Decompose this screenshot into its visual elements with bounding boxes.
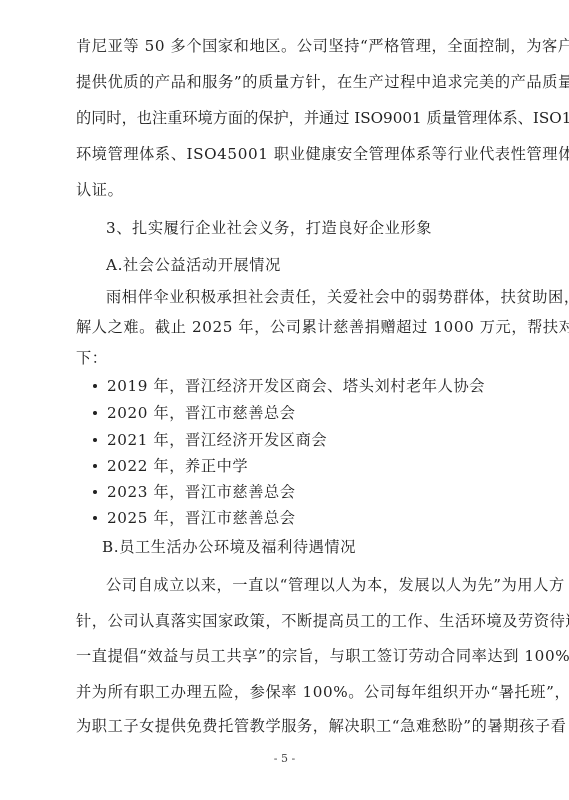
paragraph-line: 为职工子女提供免费托管教学服务，解决职工“急难愁盼”的暑期孩子看 [76,716,496,736]
bullet-icon [93,516,97,520]
document-page: 肯尼亚等 50 多个国家和地区。公司坚持“严格管理，全面控制，为客户 提供优质的… [0,0,569,800]
list-item: 2022 年，养正中学 [93,456,248,476]
list-item: 2020 年，晋江市慈善总会 [93,403,296,423]
page-number: - 5 - [0,752,569,765]
paragraph-line: 解人之难。截止 2025 年，公司累计慈善捐赠超过 1000 万元，帮扶对象如 [76,317,496,337]
subsection-heading-b: B.员工生活办公环境及福利待遇情况 [102,537,522,557]
list-item: 2019 年，晋江经济开发区商会、塔头刘村老年人协会 [93,376,485,396]
bullet-icon [93,438,97,442]
bullet-icon [93,490,97,494]
paragraph-line: 提供优质的产品和服务”的质量方针，在生产过程中追求完美的产品质量 [76,72,496,92]
paragraph-line: 一直提倡“效益与员工共享”的宗旨，与职工签订劳动合同率达到 100%， [76,646,496,666]
paragraph-line: 肯尼亚等 50 多个国家和地区。公司坚持“严格管理，全面控制，为客户 [76,36,496,56]
paragraph-line: 并为所有职工办理五险，参保率 100%。公司每年组织开办“暑托班”， [76,682,496,702]
list-item: 2023 年，晋江市慈善总会 [93,482,296,502]
list-item: 2021 年，晋江经济开发区商会 [93,430,327,450]
paragraph-line: 下： [76,348,496,368]
bullet-icon [93,411,97,415]
subsection-heading-a: A.社会公益活动开展情况 [106,255,526,275]
paragraph-line: 环境管理体系、ISO45001 职业健康安全管理体系等行业代表性管理体系 [76,144,496,164]
paragraph-line: 认证。 [76,180,496,200]
paragraph-line: 针，公司认真落实国家政策，不断提高员工的工作、生活环境及劳资待遇， [76,611,496,631]
section-heading: 3、扎实履行企业社会义务，打造良好企业形象 [106,218,526,238]
paragraph-line: 雨相伴伞业积极承担社会责任，关爱社会中的弱势群体，扶贫助困， [106,287,526,307]
bullet-icon [93,464,97,468]
paragraph-line: 公司自成立以来，一直以“管理以人为本，发展以人为先”为用人方 [106,575,526,595]
paragraph-line: 的同时，也注重环境方面的保护，并通过 ISO9001 质量管理体系、ISO140… [76,108,496,128]
bullet-icon [93,384,97,388]
list-item: 2025 年，晋江市慈善总会 [93,508,296,528]
